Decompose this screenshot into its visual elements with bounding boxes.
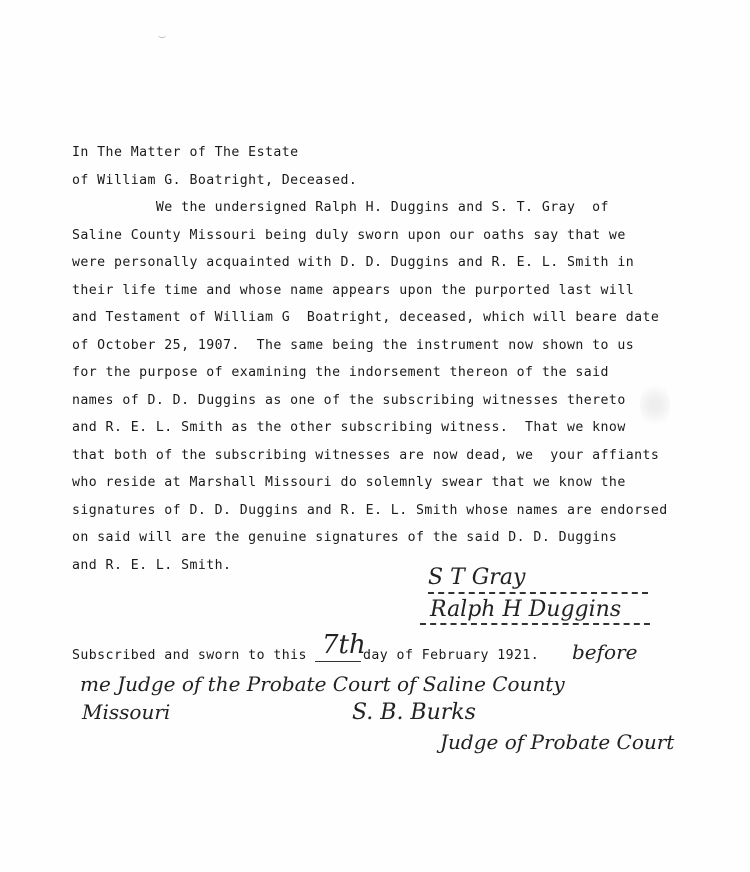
body-line: signatures of D. D. Duggins and R. E. L.… xyxy=(72,503,668,519)
body-line: Saline County Missouri being duly sworn … xyxy=(72,228,626,244)
body-line: names of D. D. Duggins as one of the sub… xyxy=(72,393,626,409)
jurat-typed-suffix: day of February 1921. xyxy=(363,648,539,664)
body-line: that both of the subscribing witnesses a… xyxy=(72,448,659,464)
judge-signature: S. B. Burks xyxy=(352,700,476,725)
body-line: and Testament of William G Boatright, de… xyxy=(72,310,659,326)
jurat-handwritten-line-2: me Judge of the Probate Court of Saline … xyxy=(80,672,565,696)
signature-gray: S T Gray xyxy=(428,565,525,590)
body-line: on said will are the genuine signatures … xyxy=(72,530,617,546)
jurat-before: before xyxy=(572,640,637,664)
body-line: for the purpose of examining the indorse… xyxy=(72,365,609,381)
body-line: and R. E. L. Smith. xyxy=(72,558,231,574)
body-line: were personally acquainted with D. D. Du… xyxy=(72,255,634,271)
signature-duggins: Ralph H Duggins xyxy=(430,597,621,622)
signature-line-2 xyxy=(420,623,650,625)
scan-artifact xyxy=(158,33,166,38)
caption-line-1: In The Matter of The Estate xyxy=(72,145,299,161)
body-line: their life time and whose name appears u… xyxy=(72,283,634,299)
body-line: and R. E. L. Smith as the other subscrib… xyxy=(72,420,626,436)
jurat-day: 7th xyxy=(322,630,366,660)
body-line: We the undersigned Ralph H. Duggins and … xyxy=(72,200,609,216)
signature-line-1 xyxy=(428,592,648,594)
day-blank xyxy=(315,661,361,662)
jurat-handwritten-line-3: Missouri xyxy=(82,700,170,724)
judge-title: Judge of Probate Court xyxy=(440,730,674,754)
body-line: who reside at Marshall Missouri do solem… xyxy=(72,475,626,491)
body-line: of October 25, 1907. The same being the … xyxy=(72,338,634,354)
jurat-typed-prefix: Subscribed and sworn to this xyxy=(72,648,307,664)
caption-line-2: of William G. Boatright, Deceased. xyxy=(72,173,357,189)
scan-artifact xyxy=(640,380,670,430)
document-page: In The Matter of The Estate of William G… xyxy=(0,0,750,872)
